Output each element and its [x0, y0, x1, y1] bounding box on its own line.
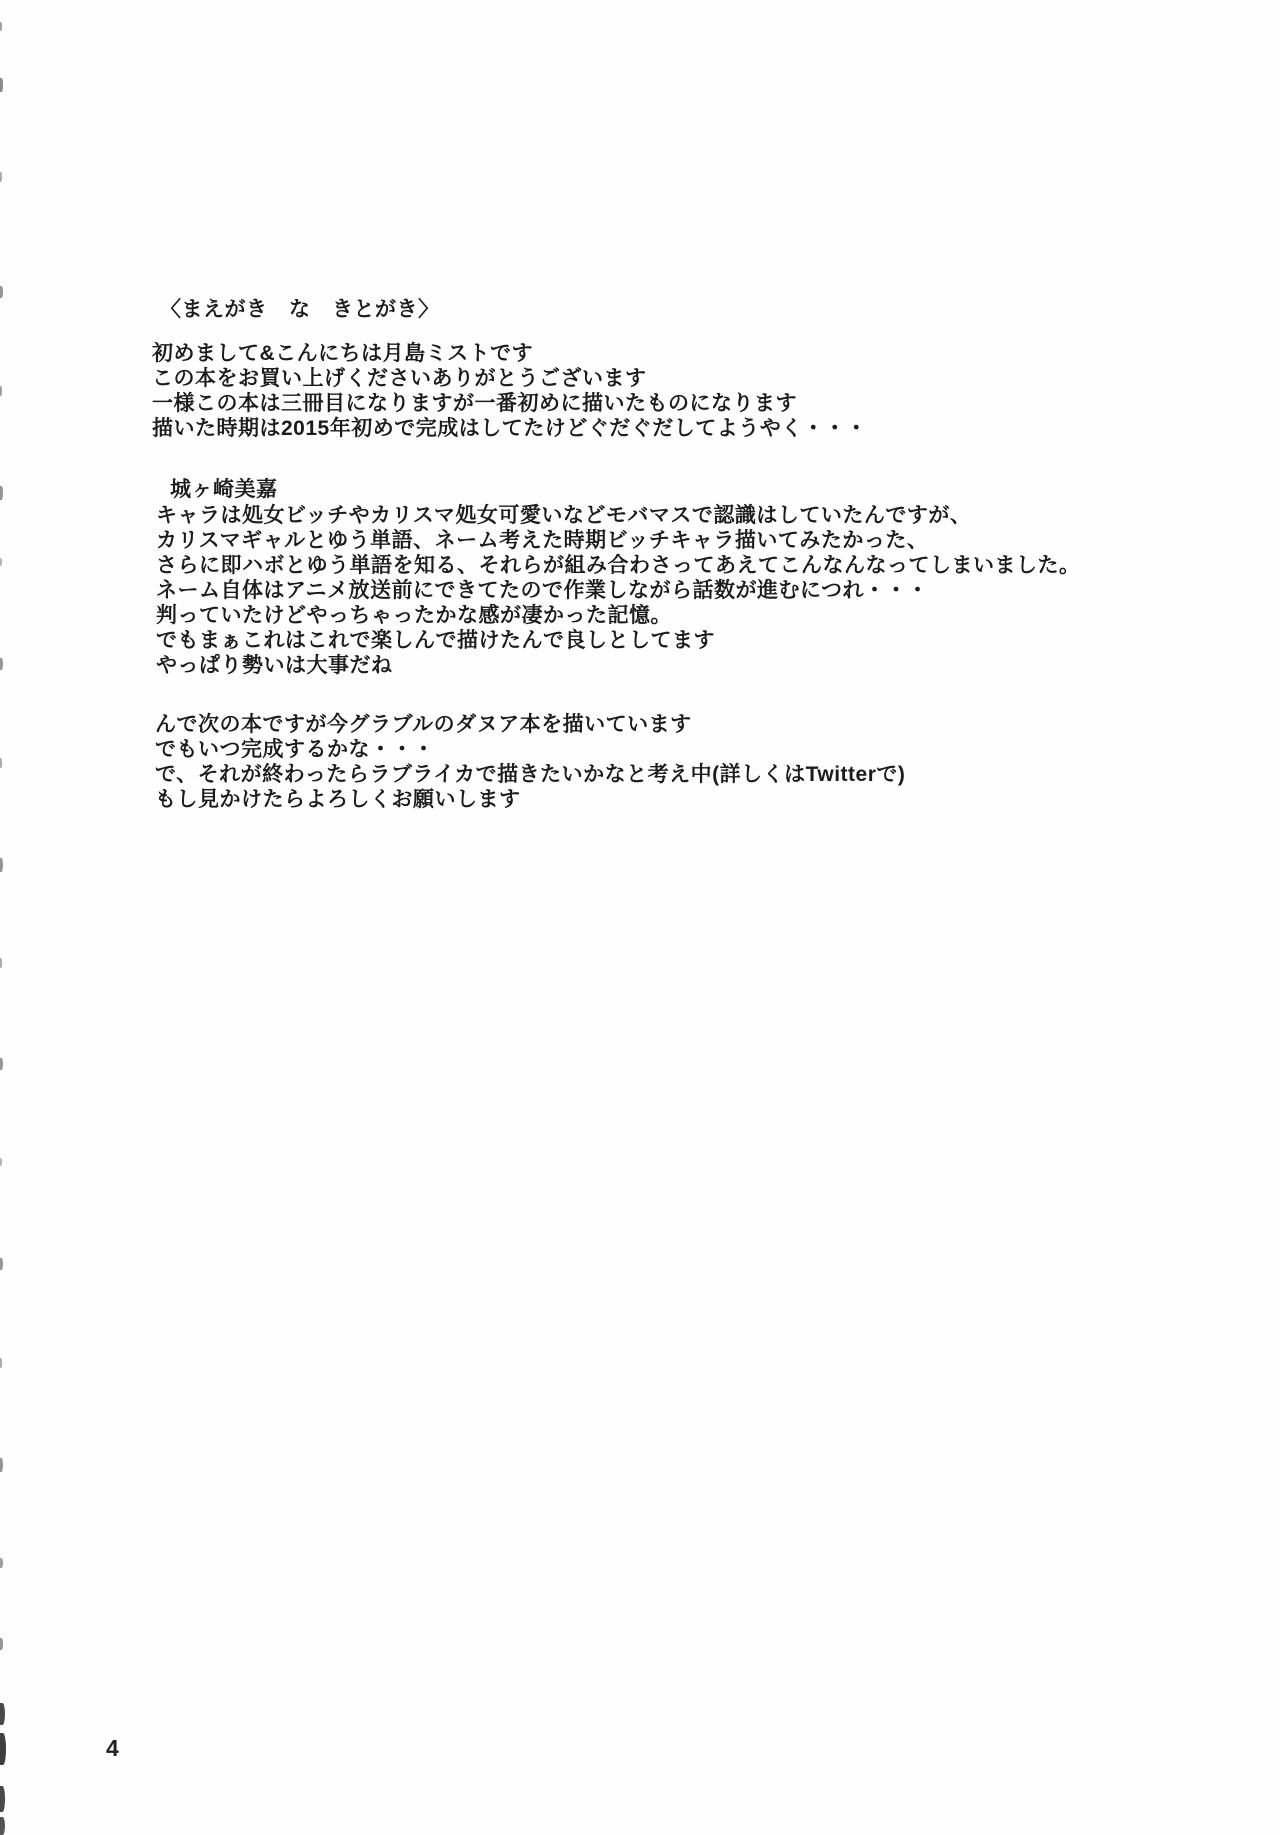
text-line: でもまぁこれはこれで楽しんで描けたんで良しとしてます	[156, 628, 1081, 653]
afterword-text: 〈まえがき な きとがき〉 初めまして&こんにちは月島ミストです この本をお買い…	[0, 0, 1280, 1835]
text-line: もし見かけたらよろしくお願いします	[155, 787, 905, 812]
character-name-heading: 城ヶ崎美嘉	[170, 477, 278, 502]
text-line: でもいつ完成するかな・・・	[155, 737, 905, 762]
text-line: さらに即ハボとゆう単語を知る、それらが組み合わさってあえてこんなんなってしまいま…	[156, 553, 1081, 578]
next-book-paragraph: んで次の本ですが今グラブルのダヌア本を描いています でもいつ完成するかな・・・ …	[155, 712, 905, 812]
character-paragraph: キャラは処女ビッチやカリスマ処女可愛いなどモバマスで認識はしていたんですが、 カ…	[156, 503, 1081, 678]
text-line: んで次の本ですが今グラブルのダヌア本を描いています	[155, 712, 905, 737]
page-number: 4	[106, 1735, 119, 1762]
scanned-afterword-page: 〈まえがき な きとがき〉 初めまして&こんにちは月島ミストです この本をお買い…	[0, 0, 1280, 1835]
text-line: カリスマギャルとゆう単語、ネーム考えた時期ビッチキャラ描いてみたかった、	[156, 528, 1081, 553]
text-line: で、それが終わったらラブライカで描きたいかなと考え中(詳しくはTwitterで)	[155, 762, 905, 787]
intro-paragraph: 初めまして&こんにちは月島ミストです この本をお買い上げくださいありがとうござい…	[152, 341, 867, 441]
text-line: キャラは処女ビッチやカリスマ処女可愛いなどモバマスで認識はしていたんですが、	[156, 503, 1081, 528]
text-line: 描いた時期は2015年初めで完成はしてたけどぐだぐだしてようやく・・・	[152, 416, 867, 441]
text-line: 判っていたけどやっちゃったかな感が凄かった記憶。	[156, 603, 1081, 628]
afterword-heading: 〈まえがき な きとがき〉	[160, 297, 440, 322]
text-line: 一様この本は三冊目になりますが一番初めに描いたものになります	[152, 391, 867, 416]
text-line: ネーム自体はアニメ放送前にできてたので作業しながら話数が進むにつれ・・・	[156, 578, 1081, 603]
text-line: この本をお買い上げくださいありがとうございます	[152, 366, 867, 391]
text-line: やっぱり勢いは大事だね	[156, 653, 1081, 678]
text-line: 初めまして&こんにちは月島ミストです	[152, 341, 867, 366]
